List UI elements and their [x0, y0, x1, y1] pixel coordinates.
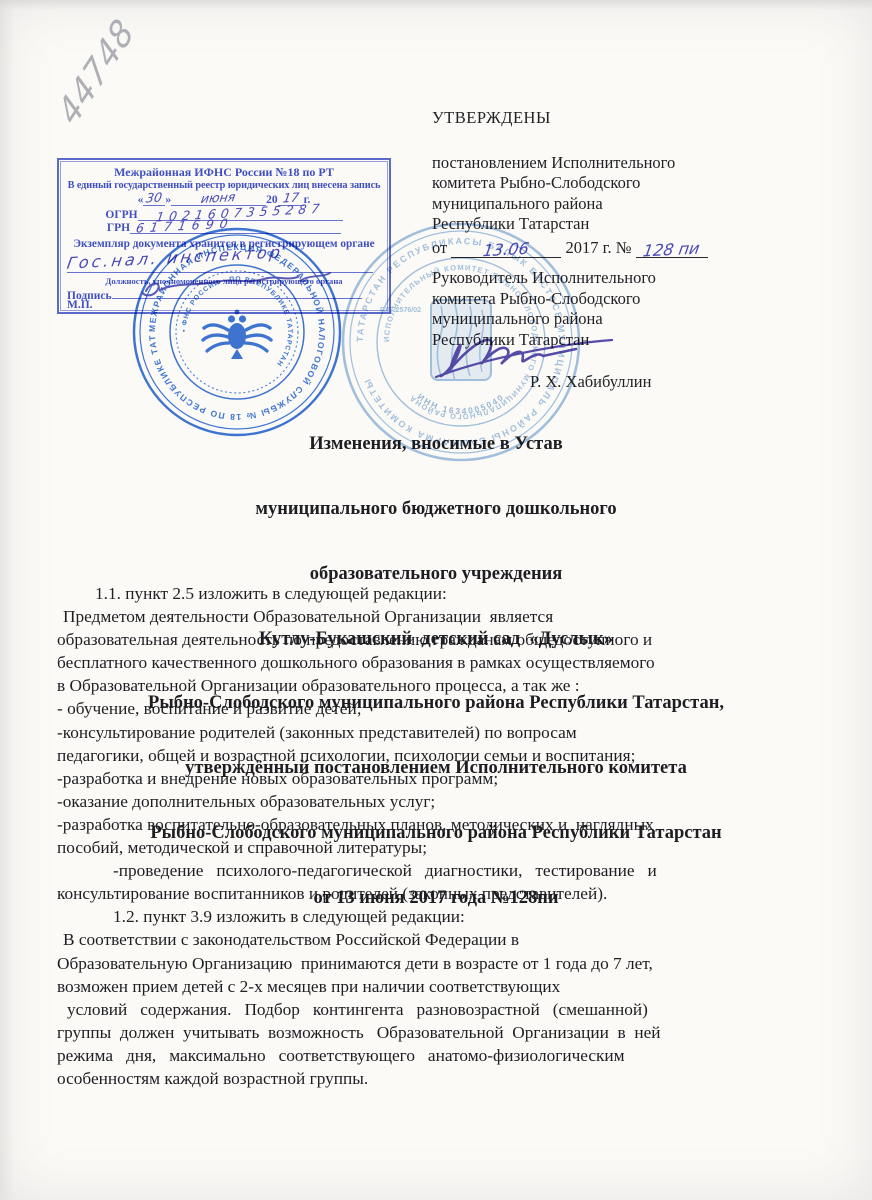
body-line: Предметом деятельности Образовательной О…	[57, 605, 825, 628]
approval-line: муниципального района	[432, 194, 792, 215]
head-line: комитета Рыбно-Слободского	[432, 289, 812, 310]
body-line: образовательная деятельность по предоста…	[57, 628, 825, 651]
grn-label: ГРН	[107, 222, 130, 234]
approval-line: Республики Татарстан	[432, 214, 792, 235]
body-line: -оказание дополнительных образовательных…	[57, 790, 825, 813]
signature-line	[112, 287, 362, 299]
handwritten-approval-number: 128 пи	[642, 238, 702, 262]
ogrn-label: ОГРН	[105, 209, 137, 221]
stamp-date-row: «30»июня2017г.	[59, 193, 389, 206]
handwritten-day: 30	[146, 193, 163, 204]
body-line: пособий, методической и справочной литер…	[57, 836, 825, 859]
handwritten-approval-date: 13.06	[482, 239, 531, 262]
number-label: №	[616, 238, 632, 257]
approval-line: постановлением Исполнительного	[432, 153, 792, 174]
body-line: Образовательную Организацию принимаются …	[57, 952, 825, 975]
tax-registration-stamp: Межрайонная ИФНС России №18 по РТ В един…	[57, 158, 391, 314]
body-line: бесплатного качественного дошкольного об…	[57, 651, 825, 674]
approval-block: УТВЕРЖДЕНЫ постановлением Исполнительног…	[432, 108, 792, 258]
body-line: группы должен учитывать возможность Обра…	[57, 1021, 825, 1044]
approval-date-row: от 13.06 2017 г. № 128 пи	[432, 238, 792, 259]
body-line: -разработка воспитательно-образовательны…	[57, 813, 825, 836]
stamp-header: Межрайонная ИФНС России №18 по РТ	[59, 165, 389, 180]
body-line: консультирование воспитанников и родител…	[57, 882, 825, 905]
scanned-document-page: 44748 Межрайонная ИФНС России №18 по РТ …	[0, 0, 872, 1200]
handwritten-position: Гос.нал. инспектор	[67, 248, 373, 273]
date-suffix: 2017 г.	[566, 238, 612, 257]
date-prefix: от	[432, 238, 447, 257]
head-official-block: Руководитель Исполнительного комитета Ры…	[432, 268, 812, 393]
body-line: - обучение, воспитание и развитие детей;	[57, 697, 825, 720]
head-line: Республики Татарстан	[432, 330, 812, 351]
stamp-grn-row: ГРН6171690	[59, 221, 389, 234]
head-line: Руководитель Исполнительного	[432, 268, 812, 289]
body-line: педагогики, общей и возрастной психологи…	[57, 744, 825, 767]
seal-place-label: М.П.	[67, 299, 381, 311]
approved-heading: УТВЕРЖДЕНЫ	[432, 108, 792, 129]
body-line: -разработка и внедрение новых образовате…	[57, 767, 825, 790]
body-line: В соответствии с законодательством Росси…	[57, 928, 825, 951]
handwritten-grn: 6171690	[135, 218, 234, 233]
head-line: муниципального района	[432, 309, 812, 330]
body-line: -консультирование родителей (законных пр…	[57, 721, 825, 744]
double-eagle-icon	[203, 310, 271, 359]
title-line: муниципального бюджетного дошкольного	[0, 499, 872, 521]
position-caption: Должность, уполномоченного лица регистри…	[59, 276, 389, 286]
approval-line: комитета Рыбно-Слободского	[432, 173, 792, 194]
body-line: возможен прием детей с 2-х месяцев при н…	[57, 975, 825, 998]
body-line: 1.2. пункт 3.9 изложить в следующей реда…	[57, 905, 825, 928]
title-line: Изменения, вносимые в Устав	[0, 434, 872, 456]
body-line: -проведение психолого-педагогической диа…	[57, 859, 825, 882]
body-line: режима дня, максимально соответствующего…	[57, 1044, 825, 1067]
head-official-name: Р. Х. Хабибуллин	[432, 372, 812, 393]
handwritten-month: июня	[201, 192, 237, 204]
body-line: условий содержания. Подбор контингента р…	[57, 998, 825, 1021]
body-line: в Образовательной Организации образовате…	[57, 674, 825, 697]
body-line: особенностям каждой возрастной группы.	[57, 1067, 825, 1090]
document-body: 1.1. пункт 2.5 изложить в следующей реда…	[57, 582, 825, 1090]
body-line: 1.1. пункт 2.5 изложить в следующей реда…	[57, 582, 825, 605]
pencil-archive-number: 44748	[51, 11, 142, 134]
